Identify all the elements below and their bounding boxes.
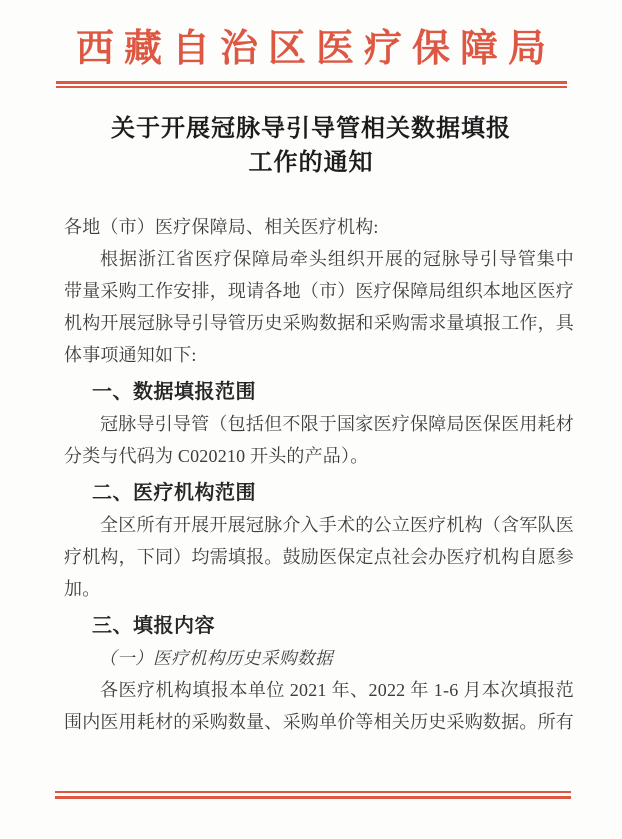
document-page: 西藏自治区医疗保障局 关于开展冠脉导引导管相关数据填报 工作的通知 各地（市）医…: [0, 0, 622, 839]
body-line: 围内医用耗材的采购数量、采购单价等相关历史采购数据。所有: [64, 706, 574, 738]
section-heading: 一、数据填报范围: [64, 376, 574, 408]
divider-thin-line: [55, 791, 571, 793]
body-line: 体事项通知如下:: [64, 339, 574, 371]
divider-thick-line: [56, 81, 567, 84]
body-line: 带量采购工作安排，现请各地（市）医疗保障局组织本地区医疗: [64, 275, 574, 307]
body-line: 加。: [64, 573, 574, 605]
body-line: 全区所有开展开展冠脉介入手术的公立医疗机构（含军队医: [64, 509, 574, 541]
notice-title: 关于开展冠脉导引导管相关数据填报 工作的通知: [0, 112, 622, 180]
agency-name: 西藏自治区医疗保障局: [0, 0, 622, 72]
divider-thin-line: [56, 86, 567, 88]
body-line: 根据浙江省医疗保障局牵头组织开展的冠脉导引导管集中: [64, 243, 574, 275]
title-line-2: 工作的通知: [0, 146, 622, 180]
body-line: 机构开展冠脉导引导管历史采购数据和采购需求量填报工作，具: [64, 307, 574, 339]
section-heading: 三、填报内容: [64, 610, 574, 642]
body-line: 分类与代码为 C020210 开头的产品）。: [64, 440, 574, 472]
salutation: 各地（市）医疗保障局、相关医疗机构:: [64, 211, 574, 243]
divider-thick-line: [55, 796, 571, 799]
body-line: 各医疗机构填报本单位 2021 年、2022 年 1-6 月本次填报范: [64, 674, 574, 706]
title-line-1: 关于开展冠脉导引导管相关数据填报: [0, 112, 622, 146]
body-line: 冠脉导引导管（包括但不限于国家医疗保障局医保医用耗材: [64, 408, 574, 440]
subsection-heading: （一）医疗机构历史采购数据: [64, 642, 574, 674]
body-text: 各地（市）医疗保障局、相关医疗机构:根据浙江省医疗保障局牵头组织开展的冠脉导引导…: [64, 211, 574, 738]
letterhead-divider: [56, 81, 567, 88]
letterhead: 西藏自治区医疗保障局: [0, 0, 622, 72]
section-heading: 二、医疗机构范围: [64, 477, 574, 509]
body-line: 疗机构，下同）均需填报。鼓励医保定点社会办医疗机构自愿参: [64, 541, 574, 573]
footer-divider: [55, 791, 571, 799]
